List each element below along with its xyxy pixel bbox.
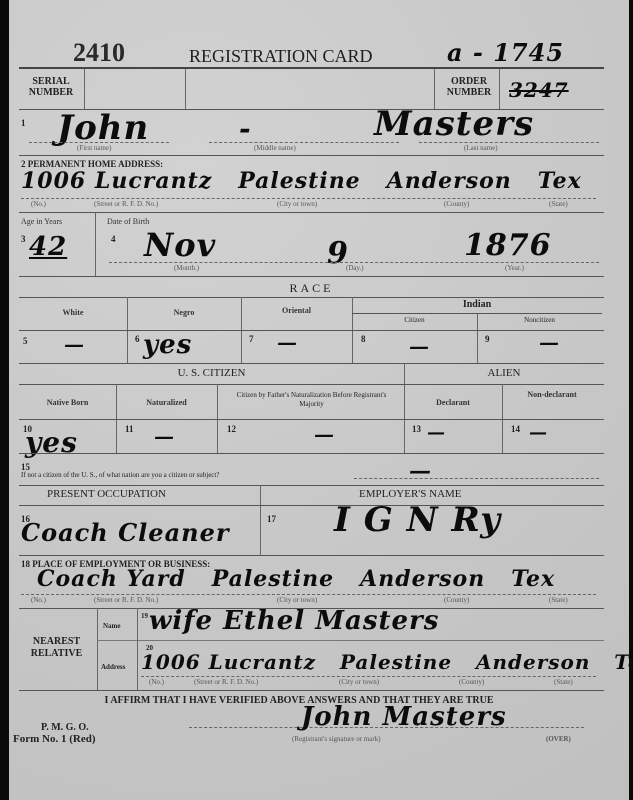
employer-value: I G N Ry [334, 500, 501, 540]
field-number: 11 [125, 424, 134, 434]
occupation-label: PRESENT OCCUPATION [47, 488, 166, 500]
registration-card: 2410 REGISTRATION CARD a - 1745 SERIAL N… [9, 0, 629, 800]
place-state-label: (State) [549, 596, 568, 604]
serial-number-label: SERIAL NUMBER [21, 76, 81, 98]
address-no-label: (No.) [31, 200, 46, 208]
place-of-employment-value: Coach Yard Palestine Anderson Tex [37, 566, 555, 592]
birth-month-label: (Month.) [174, 264, 199, 272]
handwritten-code: a - 1745 [447, 38, 564, 67]
race-oriental-label: Oriental [241, 306, 352, 315]
native-born-value: yes [25, 426, 78, 459]
birth-month-value: Nov [144, 226, 216, 264]
alien-title: ALIEN [404, 367, 604, 379]
q15-label: If not a citizen of the U. S., of what n… [21, 471, 219, 479]
address-state-label: (State) [549, 200, 568, 208]
race-indian-noncitizen-label: Noncitizen [477, 316, 602, 324]
card-title: REGISTRATION CARD [189, 46, 373, 67]
relative-name-label: Name [103, 622, 121, 630]
declarant-value: — [427, 422, 446, 443]
field-number: 19 [141, 612, 148, 620]
indian-label: Indian [352, 299, 602, 310]
last-name-label: (Last name) [464, 144, 498, 152]
last-name-value: Masters [374, 104, 534, 144]
race-negro-label: Negro [127, 308, 241, 317]
field-number: 4 [111, 234, 116, 244]
age-value: 42 [29, 232, 67, 262]
card-number: 2410 [73, 38, 125, 68]
race-indian-citizen-value: — [409, 334, 430, 358]
nearest-relative-label: NEAREST RELATIVE [19, 636, 94, 660]
age-label: Age in Years [21, 217, 62, 226]
place-county-label: (County) [444, 596, 469, 604]
us-citizen-title: U. S. CITIZEN [19, 367, 404, 379]
race-oriental-value: — [277, 330, 298, 354]
relative-city-label: (City or town) [339, 678, 379, 686]
field-number: 17 [267, 514, 276, 524]
field-number: 7 [249, 334, 254, 344]
order-number-label: ORDER NUMBER [439, 76, 499, 98]
relative-county-label: (County) [459, 678, 484, 686]
naturalized-label: Naturalized [116, 398, 217, 407]
birth-year-label: (Year.) [505, 264, 524, 272]
field-number: 1 [21, 118, 26, 128]
birth-label: Date of Birth [107, 217, 149, 226]
field-number: 5 [23, 336, 28, 346]
middle-name-value: - [239, 112, 252, 145]
race-title: RACE [19, 281, 604, 296]
birth-day-label: (Day.) [346, 264, 364, 272]
over-label: (OVER) [546, 735, 571, 743]
first-name-label: (First name) [77, 144, 111, 152]
relative-no-label: (No.) [149, 678, 164, 686]
employer-label: EMPLOYER'S NAME [359, 488, 462, 500]
race-indian-citizen-label: Citizen [352, 316, 477, 324]
pmgo-label: P. M. G. O. [41, 722, 89, 733]
naturalized-value: — [154, 424, 175, 448]
birth-year-value: 1876 [464, 228, 552, 263]
relative-address-value: 1006 Lucrantz Palestine Anderson Tex [141, 650, 633, 674]
place-no-label: (No.) [31, 596, 46, 604]
native-born-label: Native Born [19, 398, 116, 407]
signature-label: (Registrant's signature or mark) [292, 735, 381, 743]
race-white-value: — [64, 332, 85, 356]
middle-name-label: (Middle name) [254, 144, 296, 152]
form-number-label: Form No. 1 (Red) [13, 733, 95, 745]
relative-name-value: wife Ethel Masters [149, 606, 439, 636]
non-declarant-value: — [529, 422, 548, 443]
field-number: 13 [412, 424, 421, 434]
address-city-label: (City or town) [277, 200, 317, 208]
address-street-label: (Street or R. F. D. No.) [94, 200, 158, 208]
relative-street-label: (Street or R. F. D. No.) [194, 678, 258, 686]
declarant-label: Declarant [404, 398, 502, 407]
field-number: 3 [21, 234, 26, 244]
address-county-label: (County) [444, 200, 469, 208]
relative-state-label: (State) [554, 678, 573, 686]
order-number-value: 3247 [509, 78, 569, 102]
occupation-value: Coach Cleaner [21, 518, 229, 547]
place-city-label: (City or town) [277, 596, 317, 604]
field-number: 8 [361, 334, 366, 344]
father-naturalization-label: Citizen by Father's Naturalization Befor… [229, 391, 394, 409]
field-number: 12 [227, 424, 236, 434]
field-number: 14 [511, 424, 520, 434]
registrant-signature: John Masters [301, 702, 507, 732]
race-indian-noncitizen-value: — [539, 330, 560, 354]
race-negro-value: yes [143, 330, 192, 360]
q15-value: — [409, 458, 432, 484]
father-naturalization-value: — [314, 422, 335, 446]
non-declarant-label: Non-declarant [517, 390, 587, 399]
field-number: 6 [135, 334, 140, 344]
home-address-value: 1006 Lucrantz Palestine Anderson Tex [21, 168, 582, 194]
field-number: 9 [485, 334, 490, 344]
place-street-label: (Street or R. F. D. No.) [94, 596, 158, 604]
race-white-label: White [19, 308, 127, 317]
relative-address-label: Address [101, 663, 125, 671]
